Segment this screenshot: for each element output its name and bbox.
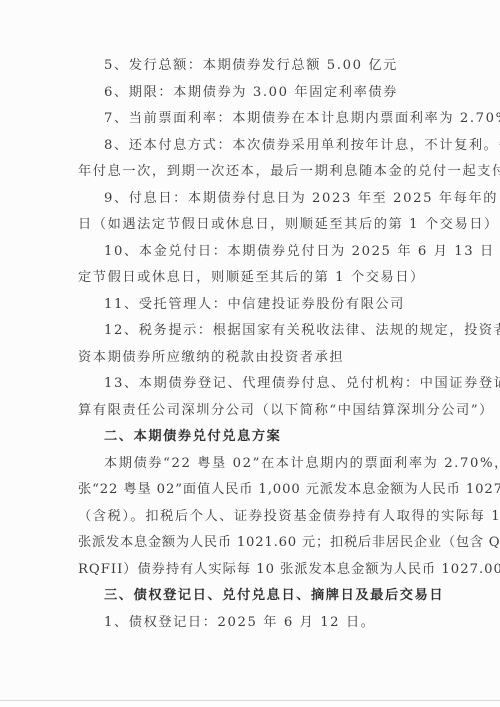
- item-principal-date-cont: 定节假日或休息日，则顺延至其后的第 1 个交易日）: [78, 265, 428, 292]
- section2-paragraph-line: RQFII）债券持有人实际每 10 张派发本息金额为人民币 1027.00 元。: [78, 557, 428, 584]
- item-interest-date-cont: 日（如遇法定节假日或休息日，则顺延至其后的第 1 个交易日）: [78, 212, 428, 239]
- item-principal-date: 10、本金兑付日：本期债券兑付日为 2025 年 6 月 13 日（如遇法: [78, 239, 428, 266]
- section2-paragraph-line: 张派发本息金额为人民币 1021.60 元；扣税后非居民企业（包含 QFII、: [78, 530, 428, 557]
- section3-item-record-date: 1、债权登记日：2025 年 6 月 12 日。: [78, 610, 428, 637]
- document-page: 5、发行总额：本期债券发行总额 5.00 亿元 6、期限：本期债券为 3.00 …: [0, 0, 500, 701]
- item-tax-notice: 12、税务提示：根据国家有关税收法律、法规的规定，投资者投: [78, 318, 428, 345]
- item-tax-notice-cont: 资本期债券所应缴纳的税款由投资者承担: [78, 345, 428, 372]
- item-issue-amount: 5、发行总额：本期债券发行总额 5.00 亿元: [78, 53, 428, 80]
- section2-paragraph-line: 张“22 粤垦 02”面值人民币 1,000 元派发本息金额为人民币 1027.…: [78, 477, 428, 504]
- section2-paragraph-line: （含税）。扣税后个人、证券投资基金债券持有人取得的实际每 10: [78, 504, 428, 531]
- item-interest-date: 9、付息日：本期债券付息日为 2023 年至 2025 年每年的 6 月 13: [78, 186, 428, 213]
- section2-paragraph-line: 本期债券“22 粤垦 02”在本计息期内的票面利率为 2.70%，每 10: [78, 451, 428, 478]
- item-term: 6、期限：本期债券为 3.00 年固定利率债券: [78, 80, 428, 107]
- section2-heading: 二、本期债券兑付兑息方案: [78, 424, 428, 451]
- item-trustee: 11、受托管理人：中信建投证券股份有限公司: [78, 292, 428, 319]
- item-coupon-rate: 7、当前票面利率：本期债券在本计息期内票面利率为 2.70%: [78, 106, 428, 133]
- item-registrar: 13、本期债券登记、代理债券付息、兑付机构：中国证券登记结: [78, 371, 428, 398]
- item-repayment-method-cont: 年付息一次，到期一次还本，最后一期利息随本金的兑付一起支付: [78, 159, 428, 186]
- section3-heading: 三、债权登记日、兑付兑息日、摘牌日及最后交易日: [78, 583, 428, 610]
- item-repayment-method: 8、还本付息方式：本次债券采用单利按年计息，不计复利。每: [78, 133, 428, 160]
- item-registrar-cont: 算有限责任公司深圳分公司（以下简称“中国结算深圳分公司”）: [78, 398, 428, 425]
- document-body: 5、发行总额：本期债券发行总额 5.00 亿元 6、期限：本期债券为 3.00 …: [78, 53, 428, 636]
